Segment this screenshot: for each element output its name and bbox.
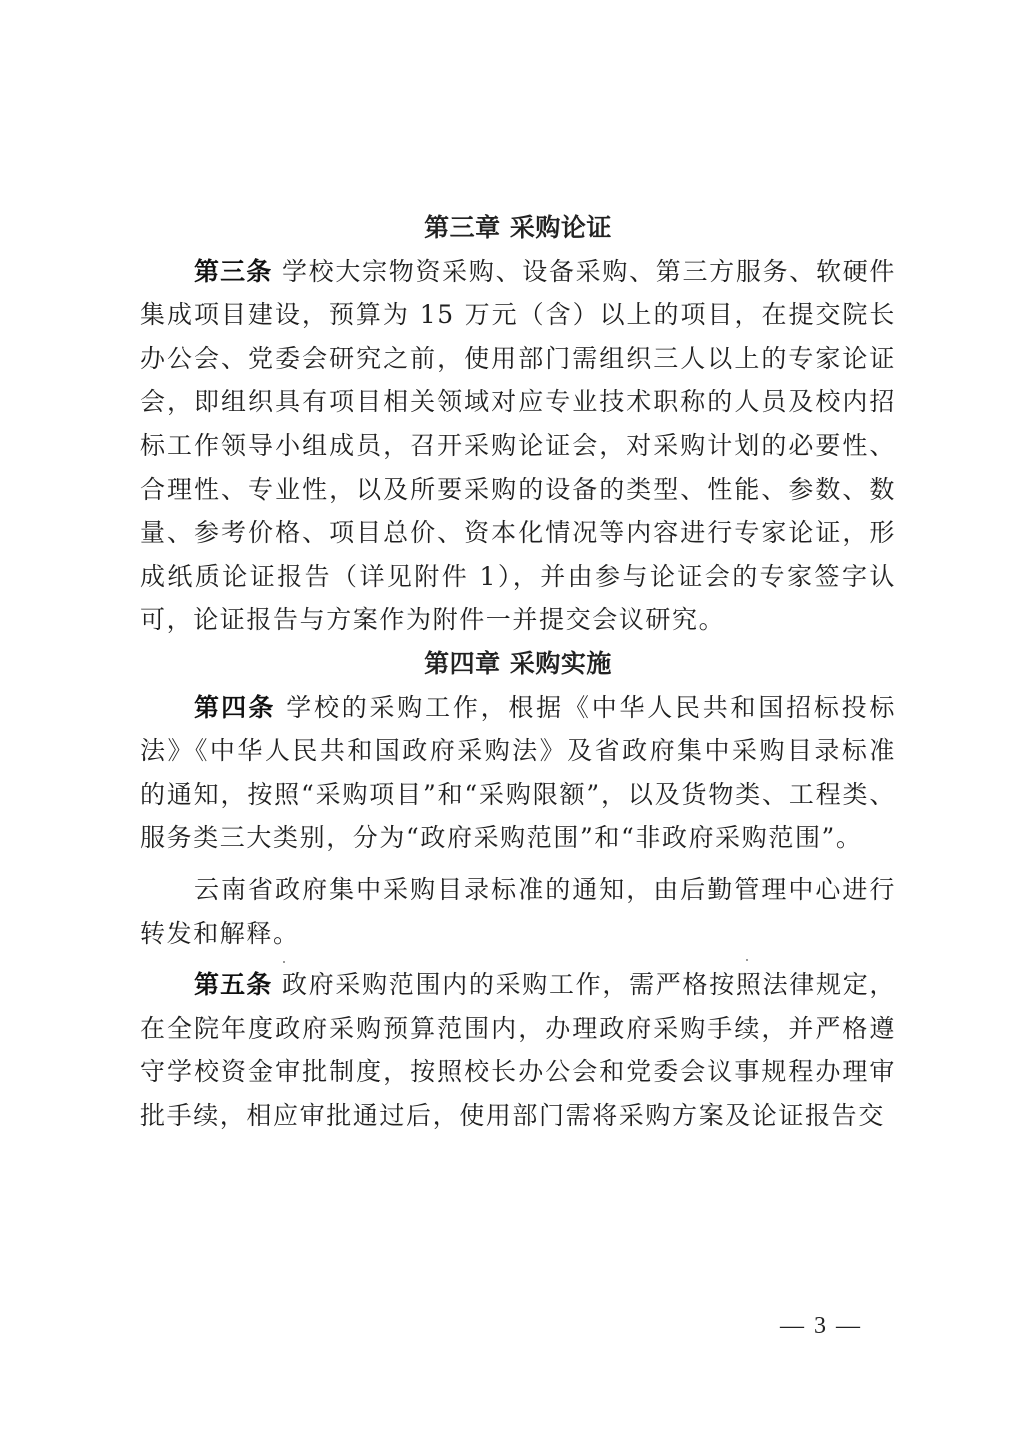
paragraph-text: 云南省政府集中采购目录标准的通知，由后勤管理中心进行转发和解释。 [140,875,896,948]
chapter-title: 第四章 采购实施 [140,642,896,686]
document-body: 第三章 采购论证 第三条 学校大宗物资采购、设备采购、第三方服务、软硬件集成项目… [140,206,896,1137]
article-label: 第三条 [194,257,272,286]
chapter-title: 第三章 采购论证 [140,206,896,250]
article-text: 学校大宗物资采购、设备采购、第三方服务、软硬件集成项目建设，预算为 15 万元（… [140,257,896,635]
scan-speck [746,959,748,961]
scan-speck [283,961,285,963]
article-paragraph: 第四条 学校的采购工作，根据《中华人民共和国招标投标法》《中华人民共和国政府采购… [140,686,896,860]
document-page: 第三章 采购论证 第三条 学校大宗物资采购、设备采购、第三方服务、软硬件集成项目… [0,0,1024,1447]
article-paragraph: 第三条 学校大宗物资采购、设备采购、第三方服务、软硬件集成项目建设，预算为 15… [140,250,896,642]
article-label: 第四条 [194,693,276,722]
article-paragraph: 第五条 政府采购范围内的采购工作，需严格按照法律规定，在全院年度政府采购预算范围… [140,963,896,1137]
article-label: 第五条 [194,970,272,999]
paragraph-gap [140,955,896,963]
paragraph-gap [140,860,896,868]
body-paragraph: 云南省政府集中采购目录标准的通知，由后勤管理中心进行转发和解释。 [140,868,896,955]
page-number: — 3 — [780,1313,862,1340]
